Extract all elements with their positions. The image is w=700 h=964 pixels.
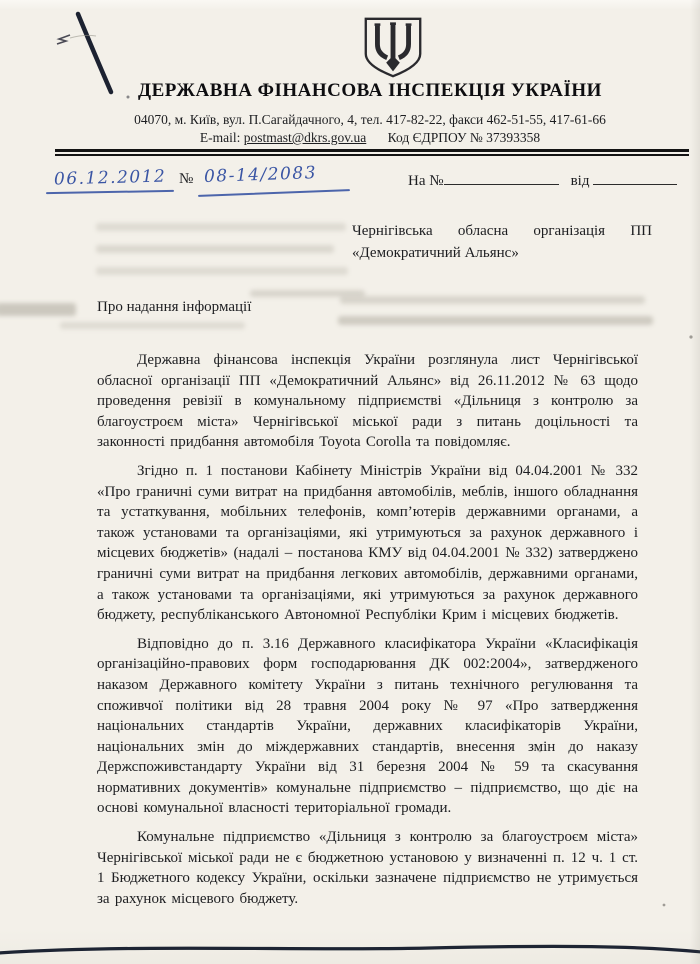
org-address: 04070, м. Київ, вул. П.Сагайдачного, 4, … <box>40 112 700 128</box>
body-paragraph: Відповідно до п. 3.16 Державного класифі… <box>97 634 638 819</box>
outgoing-number-sign: № <box>179 171 193 188</box>
bleedthrough-noise <box>340 296 645 304</box>
subject-line: Про надання інформації <box>97 299 251 316</box>
ink-squiggle-tail <box>70 35 96 38</box>
bleedthrough-noise <box>0 303 76 316</box>
outgoing-date-handwritten: 06.12.2012 <box>54 167 167 190</box>
incoming-ref-line: На №від <box>408 170 677 190</box>
outgoing-number-handwritten: 08-14/2083 <box>204 163 318 187</box>
incoming-ref-blank <box>444 170 559 185</box>
letter-body: Державна фінансова інспекція України роз… <box>97 350 638 917</box>
bleedthrough-noise <box>96 245 334 253</box>
body-paragraph: Комунальне підприємство «Дільниця з конт… <box>97 827 638 909</box>
incoming-ref-label: На № <box>408 173 444 189</box>
email-address: postmast@dkrs.gov.ua <box>244 130 367 145</box>
scanned-letter-page: ДЕРЖАВНА ФІНАНСОВА ІНСПЕКЦІЯ УКРАЇНИ 040… <box>0 0 700 964</box>
bleedthrough-noise <box>96 267 348 275</box>
bleedthrough-noise <box>250 290 365 297</box>
body-paragraph: Згідно п. 1 постанови Кабінету Міністрів… <box>97 461 638 626</box>
edrpou-code: Код ЄДРПОУ № 37393358 <box>388 130 541 145</box>
number-underline-stroke <box>198 189 350 197</box>
email-label: E-mail: <box>200 130 241 145</box>
ink-speck <box>663 904 666 907</box>
trident-emblem-icon <box>358 16 428 85</box>
org-name-title: ДЕРЖАВНА ФІНАНСОВА ІНСПЕКЦІЯ УКРАЇНИ <box>40 80 700 102</box>
ink-speck <box>689 335 692 338</box>
org-contact-row: E-mail: postmast@dkrs.gov.ua Код ЄДРПОУ … <box>40 130 700 146</box>
letterhead-rule <box>55 149 689 156</box>
body-paragraph: Державна фінансова інспекція України роз… <box>97 350 638 453</box>
ink-squiggle-mark <box>57 35 70 44</box>
recipient-block: Чернігівська обласна організація ПП «Дем… <box>352 221 652 264</box>
date-underline-stroke <box>46 190 174 194</box>
bleedthrough-noise <box>60 322 245 329</box>
bleedthrough-noise <box>338 316 653 325</box>
incoming-date-label: від <box>571 173 590 189</box>
incoming-date-blank <box>593 170 677 185</box>
bleedthrough-noise <box>96 223 346 231</box>
bottom-scan-edge <box>0 946 700 953</box>
